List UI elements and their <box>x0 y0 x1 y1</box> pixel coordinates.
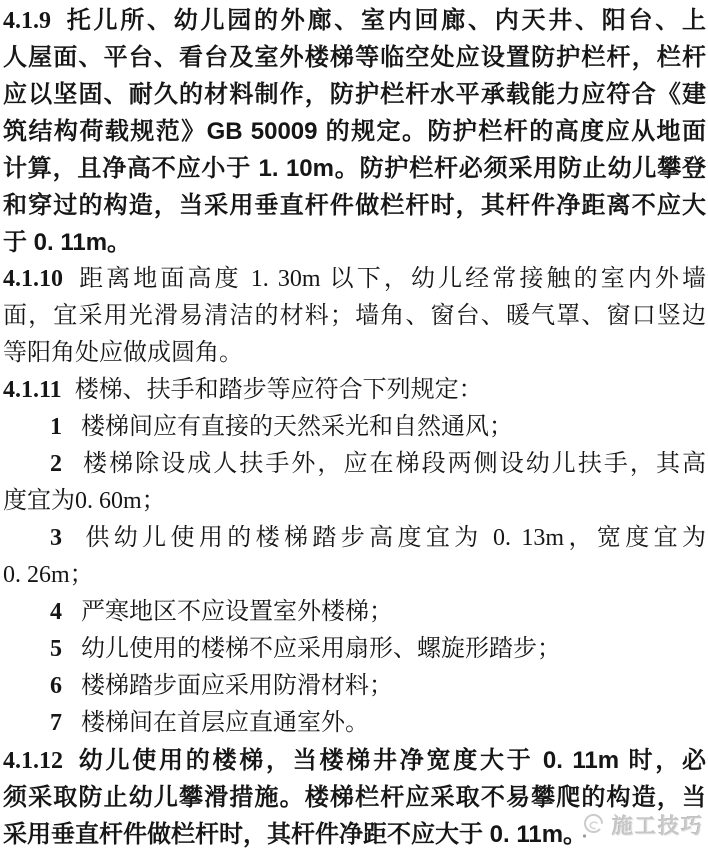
line-text: 和穿过的构造，当采用垂直杆件做栏杆时，其杆件净距离不应大 <box>3 192 706 219</box>
section-number: 4.1.9 <box>3 8 51 34</box>
text-line: 须采取防止幼儿攀滑措施。楼梯栏杆应采取不易攀爬的构造，当 <box>3 779 706 816</box>
line-text: 托儿所、幼儿园的外廊、室内回廊、内天井、阳台、上 <box>64 7 706 34</box>
line-text: 于 0. 11m。 <box>3 229 131 256</box>
text-line: 4.1.9托儿所、幼儿园的外廊、室内回廊、内天井、阳台、上 <box>3 2 706 39</box>
line-text: 幼儿使用的楼梯不应采用扇形、螺旋形踏步； <box>81 636 561 662</box>
text-line: 应以坚固、耐久的材料制作，防护栏杆水平承载能力应符合《建 <box>3 76 706 113</box>
text-line: 于 0. 11m。 <box>3 224 706 261</box>
text-line: 2楼梯除设成人扶手外，应在梯段两侧设幼儿扶手，其高 <box>3 446 706 483</box>
line-text: 幼儿使用的楼梯，当楼梯井净宽度大于 0. 11m 时，必 <box>76 747 706 774</box>
item-number: 4 <box>50 599 62 625</box>
line-text: 供幼儿使用的楼梯踏步高度宜为 0. 13m，宽度宜为 <box>81 525 706 551</box>
item-number: 3 <box>50 525 62 551</box>
text-line: 等阳角处应做成圆角。 <box>3 335 706 372</box>
text-line: 6楼梯踏步面应采用防滑材料； <box>3 668 706 705</box>
text-line: 4.1.11楼梯、扶手和踏步等应符合下列规定： <box>3 372 706 409</box>
line-text: 人屋面、平台、看台及室外楼梯等临空处应设置防护栏杆，栏杆 <box>3 44 706 71</box>
section-number: 4.1.11 <box>3 377 62 403</box>
line-text: 0. 26m； <box>3 562 94 588</box>
text-line: 筑结构荷载规范》GB 50009 的规定。防护栏杆的高度应从地面 <box>3 113 706 150</box>
line-text: 应以坚固、耐久的材料制作，防护栏杆水平承载能力应符合《建 <box>3 81 706 108</box>
line-text: 楼梯间应有直接的天然采光和自然通风； <box>81 414 513 440</box>
text-line: 5幼儿使用的楼梯不应采用扇形、螺旋形踏步； <box>3 631 706 668</box>
line-text: 楼梯除设成人扶手外，应在梯段两侧设幼儿扶手，其高 <box>81 451 706 477</box>
item-number: 7 <box>50 710 62 736</box>
text-line: 度宜为0. 60m； <box>3 483 706 520</box>
line-text: 面，宜采用光滑易清洁的材料；墙角、窗台、暖气罩、窗口竖边 <box>3 303 706 329</box>
text-line: 计算，且净高不应小于 1. 10m。防护栏杆必须采用防止幼儿攀登 <box>3 150 706 187</box>
line-text: 筑结构荷载规范》GB 50009 的规定。防护栏杆的高度应从地面 <box>3 118 706 145</box>
text-line: 7楼梯间在首层应直通室外。 <box>3 705 706 742</box>
text-line: 和穿过的构造，当采用垂直杆件做栏杆时，其杆件净距离不应大 <box>3 187 706 224</box>
text-line: 1楼梯间应有直接的天然采光和自然通风； <box>3 409 706 446</box>
item-number: 5 <box>50 636 62 662</box>
document-text-body: 4.1.9托儿所、幼儿园的外廊、室内回廊、内天井、阳台、上人屋面、平台、看台及室… <box>3 2 706 853</box>
line-text: 距离地面高度 1. 30m 以下，幼儿经常接触的室内外墙 <box>76 266 706 292</box>
text-line: 4严寒地区不应设置室外楼梯； <box>3 594 706 631</box>
line-text: 采用垂直杆件做栏杆时，其杆件净距不应大于 0. 11m。 <box>3 821 587 848</box>
line-text: 等阳角处应做成圆角。 <box>3 340 243 366</box>
item-number: 6 <box>50 673 62 699</box>
text-line: 4.1.12幼儿使用的楼梯，当楼梯井净宽度大于 0. 11m 时，必 <box>3 742 706 779</box>
section-number: 4.1.12 <box>3 748 63 774</box>
text-line: 0. 26m； <box>3 557 706 594</box>
text-line: 面，宜采用光滑易清洁的材料；墙角、窗台、暖气罩、窗口竖边 <box>3 298 706 335</box>
line-text: 楼梯间在首层应直通室外。 <box>81 710 369 736</box>
line-text: 严寒地区不应设置室外楼梯； <box>81 599 393 625</box>
line-text: 须采取防止幼儿攀滑措施。楼梯栏杆应采取不易攀爬的构造，当 <box>3 784 706 811</box>
text-line: 人屋面、平台、看台及室外楼梯等临空处应设置防护栏杆，栏杆 <box>3 39 706 76</box>
line-text: 计算，且净高不应小于 1. 10m。防护栏杆必须采用防止幼儿攀登 <box>3 155 706 182</box>
text-line: 4.1.10距离地面高度 1. 30m 以下，幼儿经常接触的室内外墙 <box>3 261 706 298</box>
text-line: 3供幼儿使用的楼梯踏步高度宜为 0. 13m，宽度宜为 <box>3 520 706 557</box>
item-number: 1 <box>50 414 62 440</box>
item-number: 2 <box>50 451 62 477</box>
line-text: 楼梯、扶手和踏步等应符合下列规定： <box>75 377 483 403</box>
line-text: 度宜为0. 60m； <box>3 488 166 514</box>
text-line: 采用垂直杆件做栏杆时，其杆件净距不应大于 0. 11m。 <box>3 816 706 853</box>
line-text: 楼梯踏步面应采用防滑材料； <box>81 673 393 699</box>
section-number: 4.1.10 <box>3 266 63 292</box>
